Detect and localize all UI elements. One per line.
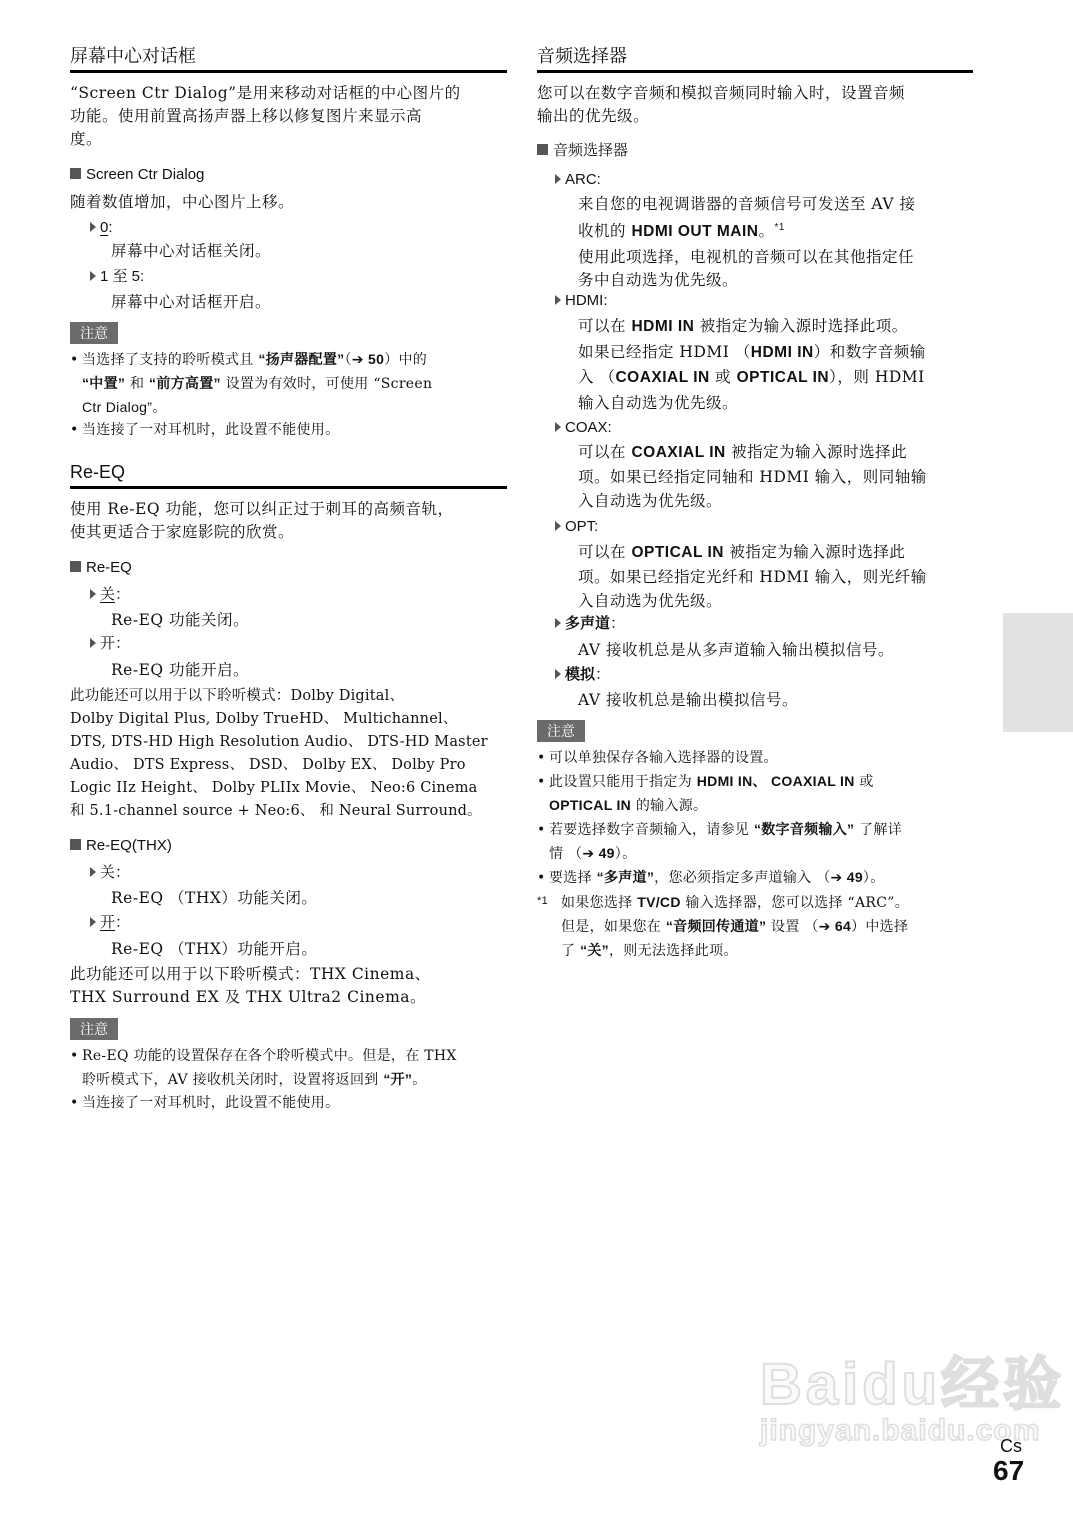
text-line: 可以在 COAXIAL IN 被指定为输入源时选择此	[578, 440, 978, 465]
note-bold: “扬声器配置”	[258, 351, 344, 367]
note-item: •当连接了一对耳机时，此设置不能使用。	[70, 419, 510, 442]
text-span: 可以在	[578, 317, 631, 335]
triangle-bullet-icon	[555, 174, 561, 184]
note-text: 可以单独保存各输入选择器的设置。	[549, 750, 778, 766]
option-colon: ：	[595, 666, 610, 683]
triangle-bullet-icon	[90, 638, 96, 648]
notice-label: 注意	[537, 720, 585, 742]
option-hdmi: HDMI:	[555, 291, 608, 311]
page-ref-link[interactable]: ➔ 50	[352, 351, 384, 367]
reeq-intro: 使用 Re-EQ 功能，您可以纠正过于刺耳的高频音轨， 使其更适合于家庭影院的欣…	[70, 498, 453, 544]
text-line: 可以在 OPTICAL IN 被指定为输入源时选择此	[578, 540, 978, 565]
note-bold: “关”	[580, 942, 609, 958]
option-label: COAX:	[565, 419, 612, 436]
text-span: 被指定为输入源时选择此	[724, 543, 905, 561]
thx-option-on: 开：	[90, 913, 130, 933]
option-label: 关	[100, 864, 115, 881]
option-label: 1 至 5	[100, 268, 140, 285]
subsection-screen-ctr-dialog: Screen Ctr Dialog	[70, 165, 204, 185]
option-multichannel: 多声道：	[555, 614, 625, 634]
language-code: Cs	[1000, 1436, 1022, 1457]
thx-modes: 此功能还可以用于以下聆听模式：THX Cinema、 THX Surround …	[70, 963, 520, 1009]
option-colon: ：	[115, 586, 130, 603]
note-text: 了解详	[854, 822, 902, 838]
option-colon: :	[140, 268, 144, 285]
note-bold: TV/CD	[637, 894, 681, 910]
text-span: 收机的	[578, 222, 631, 240]
option-opt: OPT:	[555, 517, 598, 537]
note-text: 和	[125, 376, 149, 392]
chapter-side-tab	[1003, 613, 1073, 732]
text-span: 。	[758, 222, 774, 240]
note-text: ）中的	[384, 352, 427, 368]
modes-line: Audio、 DTS Express、 DSD、 Dolby EX、 Dolby…	[70, 754, 520, 777]
note-bold: “多声道”	[597, 869, 655, 885]
text-line: 入自动选为优先级。	[578, 589, 978, 613]
option-colon: :	[108, 219, 112, 236]
intro-line: “Screen Ctr Dialog”是用来移动对话框的中心图片的	[70, 82, 461, 105]
note-text: 当连接了一对耳机时，此设置不能使用。	[82, 1095, 339, 1111]
note-text: 当连接了一对耳机时，此设置不能使用。	[82, 422, 339, 438]
page-ref-link[interactable]: ➔ 49	[582, 845, 614, 861]
option-1-5-text: 屏幕中心对话框开启。	[111, 291, 271, 314]
option-label: OPT:	[565, 518, 598, 535]
footnote-ref: *1	[775, 222, 785, 233]
page-ref-link[interactable]: ➔ 49	[831, 869, 863, 885]
note-item: •当选择了支持的聆听模式且 “扬声器配置”（➔ 50）中的	[70, 348, 510, 372]
audio-selector-intro: 您可以在数字音频和模拟音频同时输入时，设置音频 输出的优先级。	[537, 82, 905, 128]
text-span: 被指定为输入源时选择此项。	[694, 317, 907, 335]
triangle-bullet-icon	[555, 669, 561, 679]
bold-term: COAXIAL IN	[615, 369, 709, 386]
note-item: •此设置只能用于指定为 HDMI IN、 COAXIAL IN 或	[537, 770, 982, 794]
option-on-text: Re-EQ 功能开启。	[111, 659, 249, 682]
modes-line: Dolby Digital Plus, Dolby TrueHD、 Multic…	[70, 708, 520, 731]
option-multichannel-text: AV 接收机总是从多声道输入输出模拟信号。	[578, 639, 894, 662]
triangle-bullet-icon	[90, 222, 96, 232]
modes-line: 此功能还可以用于以下聆听模式：Dolby Digital、	[70, 685, 520, 708]
square-bullet-icon	[70, 561, 81, 572]
note-text: 设置 （	[766, 919, 818, 935]
note-bold: “中置”	[82, 375, 125, 391]
square-bullet-icon	[537, 144, 548, 155]
text-line: 入 （COAXIAL IN 或 OPTICAL IN），则 HDMI	[578, 365, 978, 391]
note-bold: “前方高置”	[149, 375, 221, 391]
option-on: 开：	[90, 634, 130, 654]
bold-term: OPTICAL IN	[737, 369, 830, 386]
page-number: 67	[993, 1455, 1024, 1487]
triangle-bullet-icon	[90, 589, 96, 599]
option-1-5: 1 至 5:	[90, 267, 144, 287]
bold-term: COAXIAL IN	[631, 444, 725, 461]
triangle-bullet-icon	[555, 422, 561, 432]
text-span: 被指定为输入源时选择此	[726, 443, 907, 461]
thx-option-on-text: Re-EQ （THX）功能开启。	[111, 938, 317, 961]
triangle-bullet-icon	[90, 271, 96, 281]
thx-option-off-text: Re-EQ （THX）功能关闭。	[111, 887, 317, 910]
screen-ctr-desc: 随着数值增加，中心图片上移。	[70, 191, 294, 214]
notice-list-2: •Re-EQ 功能的设置保存在各个聆听模式中。但是，在 THX 聆听模式下，AV…	[70, 1045, 510, 1115]
option-colon: ：	[610, 615, 625, 632]
note-text: Re-EQ 功能的设置保存在各个聆听模式中。但是，在 THX	[82, 1048, 457, 1064]
subsection-audio-selector: 音频选择器	[537, 141, 628, 161]
subsection-title: 音频选择器	[553, 142, 628, 159]
text-line: 务中自动选为优先级。	[578, 269, 978, 292]
text-span: 可以在	[578, 543, 631, 561]
intro-line: 使用 Re-EQ 功能，您可以纠正过于刺耳的高频音轨，	[70, 498, 453, 521]
option-label: 开	[100, 635, 115, 652]
note-text: ）。	[863, 870, 885, 886]
subsection-title: Re-EQ	[86, 559, 132, 576]
modes-line: THX Surround EX 及 THX Ultra2 Cinema。	[70, 986, 520, 1009]
option-label: 模拟	[565, 666, 595, 683]
text-line: 输入自动选为优先级。	[578, 391, 978, 417]
triangle-bullet-icon	[90, 867, 96, 877]
thx-option-off: 关：	[90, 863, 130, 883]
text-line: 如果已经指定 HDMI （HDMI IN）和数字音频输	[578, 340, 978, 366]
note-text: 输入选择器，您可以选择 “ARC”。	[681, 895, 909, 911]
option-0: 0:	[90, 218, 113, 238]
note-bold: “音频回传通道”	[666, 918, 766, 934]
modes-line: Logic IIz Height、 Dolby PLIIx Movie、 Neo…	[70, 777, 520, 800]
note-text: 但是，如果您在	[561, 919, 666, 935]
text-span: ），则 HDMI	[829, 368, 925, 386]
note-text: 或	[855, 774, 874, 790]
note-bold: HDMI IN、 COAXIAL IN	[697, 773, 855, 789]
subsection-reeq-thx: Re-EQ(THX)	[70, 836, 172, 856]
page-ref-link[interactable]: ➔ 64	[819, 918, 851, 934]
option-off: 关：	[90, 585, 130, 605]
text-span: ）和数字音频输	[814, 343, 926, 361]
note-text: 此设置只能用于指定为	[549, 774, 697, 790]
text-line: 入自动选为优先级。	[578, 489, 978, 513]
option-colon: ：	[115, 635, 130, 652]
footnote: *1如果您选择 TV/CD 输入选择器，您可以选择 “ARC”。	[537, 890, 982, 915]
footnote-cont: 了 “关”，则无法选择此项。	[537, 939, 982, 963]
modes-line: 和 5.1-channel source + Neo:6、 和 Neural S…	[70, 800, 520, 823]
note-item-cont: 情 （➔ 49）。	[537, 842, 982, 866]
footnote-mark: *1	[537, 890, 561, 913]
screen-ctr-intro: “Screen Ctr Dialog”是用来移动对话框的中心图片的 功能。使用前…	[70, 82, 461, 151]
note-text: ）中选择	[851, 919, 908, 935]
note-text: 了	[561, 943, 580, 959]
triangle-bullet-icon	[555, 521, 561, 531]
note-item: •当连接了一对耳机时，此设置不能使用。	[70, 1092, 510, 1115]
notice-badge-2: 注意	[70, 1018, 118, 1040]
intro-line: 使其更适合于家庭影院的欣赏。	[70, 521, 453, 544]
note-bold: “数字音频输入”	[754, 821, 854, 837]
note-item: •要选择 “多声道”，您必须指定多声道输入 （➔ 49）。	[537, 866, 982, 890]
note-item: •若要选择数字音频输入，请参见 “数字音频输入” 了解详	[537, 818, 982, 842]
watermark-logo-text: Baidu经验	[760, 1355, 1065, 1415]
notice-badge-3: 注意	[537, 720, 585, 742]
option-label: HDMI:	[565, 292, 608, 309]
option-analog: 模拟：	[555, 665, 610, 685]
note-text: 要选择	[549, 870, 597, 886]
section-heading-reeq: Re-EQ	[70, 460, 507, 489]
option-analog-text: AV 接收机总是输出模拟信号。	[578, 689, 798, 712]
intro-line: 输出的优先级。	[537, 105, 905, 128]
text-line: 收机的 HDMI OUT MAIN。*1	[578, 216, 978, 243]
triangle-bullet-icon	[555, 618, 561, 628]
note-item-cont: OPTICAL IN 的输入源。	[537, 794, 982, 818]
note-text: ，您必须指定多声道输入 （	[654, 870, 830, 886]
notice-list-3: •可以单独保存各输入选择器的设置。 •此设置只能用于指定为 HDMI IN、 C…	[537, 747, 982, 963]
subsection-title: Screen Ctr Dialog	[86, 166, 204, 183]
intro-line: 度。	[70, 128, 461, 151]
option-coax: COAX:	[555, 418, 612, 438]
text-span: 或	[710, 368, 737, 386]
text-line: 可以在 HDMI IN 被指定为输入源时选择此项。	[578, 314, 978, 340]
option-label: 多声道	[565, 615, 610, 632]
subsection-title: Re-EQ(THX)	[86, 837, 172, 854]
option-opt-text: 可以在 OPTICAL IN 被指定为输入源时选择此 项。如果已经指定光纤和 H…	[578, 540, 978, 613]
text-line: 使用此项选择，电视机的音频可以在其他指定任	[578, 246, 978, 269]
option-0-text: 屏幕中心对话框关闭。	[111, 240, 271, 263]
note-text: ，则无法选择此项。	[609, 943, 738, 959]
notice-label: 注意	[70, 1018, 118, 1040]
note-text: 情 （	[549, 846, 582, 862]
intro-line: 功能。使用前置高扬声器上移以修复图片来显示高	[70, 105, 461, 128]
note-item: •可以单独保存各输入选择器的设置。	[537, 747, 982, 770]
note-bold: OPTICAL IN	[549, 797, 631, 813]
modes-line: 此功能还可以用于以下聆听模式：THX Cinema、	[70, 963, 520, 986]
subsection-reeq: Re-EQ	[70, 558, 132, 578]
option-colon: ：	[115, 914, 130, 931]
text-span: 可以在	[578, 443, 631, 461]
square-bullet-icon	[70, 839, 81, 850]
option-label: ARC:	[565, 171, 601, 188]
option-colon: ：	[115, 864, 130, 881]
baidu-watermark: Baidu经验 jingyan.baidu.com	[760, 1355, 1065, 1447]
note-text: 如果您选择	[561, 895, 637, 911]
option-coax-text: 可以在 COAXIAL IN 被指定为输入源时选择此 项。如果已经指定同轴和 H…	[578, 440, 978, 513]
text-span: 入 （	[578, 368, 615, 386]
note-item-cont: Ctr Dialog”。	[70, 396, 510, 419]
note-bold: “开”	[383, 1071, 412, 1087]
note-text: 聆听模式下，AV 接收机关闭时，设置将返回到	[82, 1072, 383, 1088]
intro-line: 您可以在数字音频和模拟音频同时输入时，设置音频	[537, 82, 905, 105]
section-heading-audio-selector: 音频选择器	[537, 44, 973, 73]
note-item-cont: “中置” 和 “前方高置” 设置为有效时，可使用 “Screen	[70, 372, 510, 396]
section-heading-screen-ctr: 屏幕中心对话框	[70, 44, 507, 73]
text-line: 来自您的电视调谐器的音频信号可发送至 AV 接	[578, 193, 978, 216]
note-text: ）。	[615, 846, 637, 862]
text-span: 如果已经指定 HDMI （	[578, 343, 751, 361]
bold-term: HDMI IN	[751, 344, 814, 361]
bold-term: HDMI IN	[631, 318, 694, 335]
option-hdmi-text: 可以在 HDMI IN 被指定为输入源时选择此项。 如果已经指定 HDMI （H…	[578, 314, 978, 416]
bold-term: HDMI OUT MAIN	[631, 223, 758, 240]
square-bullet-icon	[70, 168, 81, 179]
text-line: 项。如果已经指定同轴和 HDMI 输入，则同轴输	[578, 465, 978, 489]
option-label: 开	[100, 914, 115, 931]
option-off-text: Re-EQ 功能关闭。	[111, 609, 249, 632]
bold-term: OPTICAL IN	[631, 544, 724, 561]
note-text: 的输入源。	[631, 798, 707, 814]
triangle-bullet-icon	[555, 295, 561, 305]
option-arc-text: 来自您的电视调谐器的音频信号可发送至 AV 接 收机的 HDMI OUT MAI…	[578, 193, 978, 292]
note-text: 若要选择数字音频输入，请参见	[549, 822, 754, 838]
notice-list-1: •当选择了支持的聆听模式且 “扬声器配置”（➔ 50）中的 “中置” 和 “前方…	[70, 348, 510, 442]
note-text: （	[344, 352, 351, 368]
text-line: 项。如果已经指定光纤和 HDMI 输入，则光纤输	[578, 565, 978, 589]
option-label: 关	[100, 586, 115, 603]
note-text: 。	[412, 1072, 426, 1088]
note-text: 设置为有效时，可使用 “Screen	[221, 376, 432, 392]
triangle-bullet-icon	[90, 917, 96, 927]
option-arc: ARC:	[555, 170, 601, 190]
note-item: •Re-EQ 功能的设置保存在各个聆听模式中。但是，在 THX	[70, 1045, 510, 1068]
note-item-cont: 聆听模式下，AV 接收机关闭时，设置将返回到 “开”。	[70, 1068, 510, 1092]
notice-badge-1: 注意	[70, 322, 118, 344]
notice-label: 注意	[70, 322, 118, 344]
modes-line: DTS, DTS-HD High Resolution Audio、 DTS-H…	[70, 731, 520, 754]
note-text: 当选择了支持的聆听模式且	[82, 352, 258, 368]
footnote-cont: 但是，如果您在 “音频回传通道” 设置 （➔ 64）中选择	[537, 915, 982, 939]
reeq-modes: 此功能还可以用于以下聆听模式：Dolby Digital、 Dolby Digi…	[70, 685, 520, 823]
